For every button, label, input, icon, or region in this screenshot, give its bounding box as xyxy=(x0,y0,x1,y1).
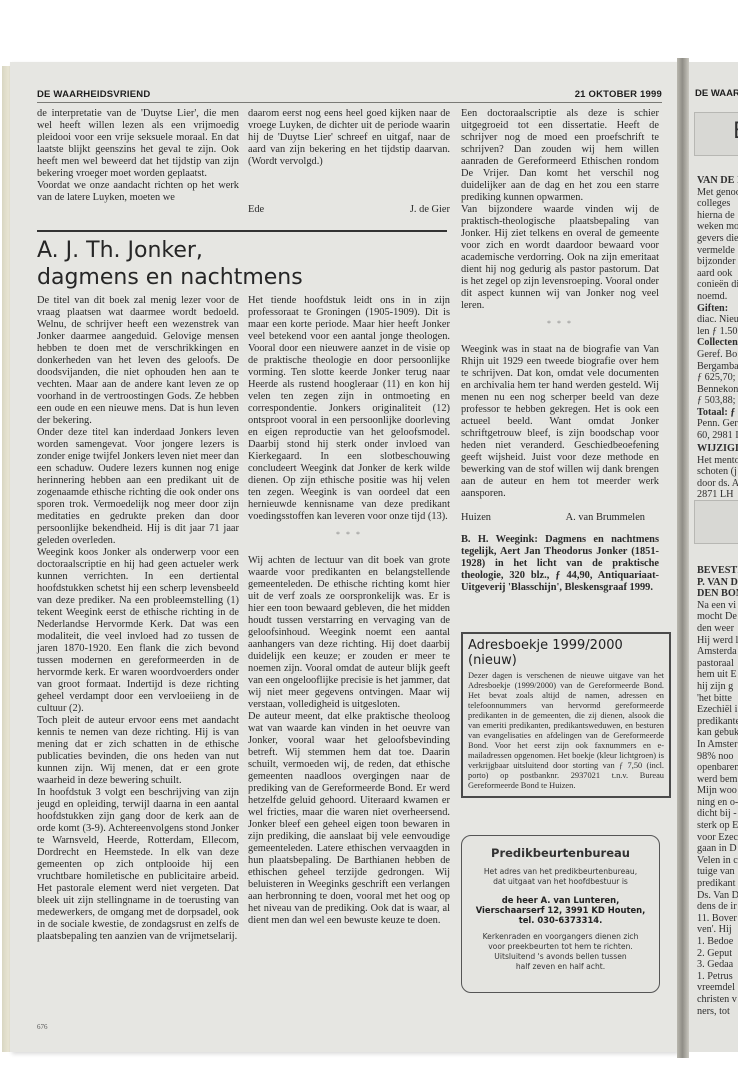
section-header-box: K xyxy=(694,500,738,544)
text-line: len ƒ 1.500 xyxy=(697,326,738,338)
text-line: noemd. xyxy=(697,291,738,303)
text-line: DEN BOM xyxy=(697,588,738,600)
text-line: WIJZIGI xyxy=(697,443,738,455)
text-line: hierna de xyxy=(697,210,738,222)
text-line: 98% noo xyxy=(697,751,738,763)
text-line: Bergamba xyxy=(697,361,738,373)
text-line: 1. Bedoe xyxy=(697,936,738,948)
next-page-text-block1: VAN DE IMet genoocollegeshierna deweken … xyxy=(697,175,738,442)
text-line: sterk op E xyxy=(697,820,738,832)
text-line: Hij werd l xyxy=(697,635,738,647)
text-line: ven'. Hij xyxy=(697,924,738,936)
text-line: vermelde xyxy=(697,245,738,257)
text-line: In Amster xyxy=(697,739,738,751)
notice-intro: Het adres van het predikbeurtenbureau, d… xyxy=(462,867,659,887)
section-rule xyxy=(37,230,447,232)
article-col3: Een doctoraalscriptie als deze is schier… xyxy=(461,108,659,594)
text-line: Met genoo xyxy=(697,187,738,199)
notice-title: Adresboekje 1999/2000 (nieuw) xyxy=(468,638,664,668)
book-reference: B. H. Weegink: Dagmens en nachtmens tege… xyxy=(461,534,659,594)
text-line: Geref. Bo xyxy=(697,349,738,361)
newspaper-page-right: DE WAAR Bo VAN DE IMet genoocollegeshier… xyxy=(689,62,738,1052)
paragraph: De auteur meent, dat elke praktische the… xyxy=(248,711,450,927)
text-line: Collecten: xyxy=(697,337,738,349)
page-number: 676 xyxy=(37,1023,48,1031)
paragraph: de interpretatie van de 'Duytse Lier', d… xyxy=(37,108,239,180)
text-line: weken mo xyxy=(697,221,738,233)
predikbeurtenbureau-notice: Predikbeurtenbureau Het adres van het pr… xyxy=(461,835,660,993)
text-line: 11. Bover xyxy=(697,913,738,925)
signature-place: Huizen xyxy=(461,512,491,524)
paragraph: Een doctoraalscriptie als deze is schier… xyxy=(461,108,659,204)
notice-instructions: Kerkenraden en voorgangers dienen zich v… xyxy=(462,932,659,972)
text-line: 1. Petrus xyxy=(697,971,738,983)
text-line: mocht De xyxy=(697,611,738,623)
text-line: 60, 2981 I xyxy=(697,430,738,442)
text-line: christen v xyxy=(697,994,738,1006)
previous-article-col1: de interpretatie van de 'Duytse Lier', d… xyxy=(37,108,239,204)
paragraph: Weegink koos Jonker als onderwerp voor e… xyxy=(37,547,239,715)
running-head: DE WAARHEIDSVRIEND 21 OKTOBER 1999 xyxy=(37,88,662,103)
text-line: 2. Geput xyxy=(697,948,738,960)
paragraph: Voordat we onze aandacht richten op het … xyxy=(37,180,239,204)
text-line: ners, tot xyxy=(697,1006,738,1018)
signature-place: Ede xyxy=(248,204,264,216)
paragraph: Van bijzondere waarde vinden wij de prak… xyxy=(461,204,659,312)
notice-title: Predikbeurtenbureau xyxy=(462,846,659,860)
adresboekje-notice: Adresboekje 1999/2000 (nieuw) Dezer dage… xyxy=(461,632,671,798)
previous-article-col2: daarom eerst nog eens heel goed kijken n… xyxy=(248,108,450,216)
text-line: 3. Gedaa xyxy=(697,959,738,971)
paragraph: Onder deze titel kan inderdaad Jonkers l… xyxy=(37,427,239,547)
issue-date: 21 OKTOBER 1999 xyxy=(575,89,662,100)
text-line: schoten (j xyxy=(697,466,738,478)
text-line: conieën di xyxy=(697,279,738,291)
paragraph: Het tiende hoofdstuk leidt ons in in zij… xyxy=(248,295,450,523)
text-line: half zeven en half acht. xyxy=(516,962,605,971)
text-line: Mijn woo xyxy=(697,785,738,797)
paragraph: De titel van dit boek zal menig lezer vo… xyxy=(37,295,239,427)
text-line: predikante xyxy=(697,716,738,728)
paragraph: In hoofdstuk 3 volgt een beschrijving va… xyxy=(37,787,239,943)
section-header-box: Bo xyxy=(694,112,738,156)
paragraph: Weegink was in staat na de biografie van… xyxy=(461,344,659,500)
text-line: colleges xyxy=(697,198,738,210)
signature: Ede J. de Gier xyxy=(248,204,450,216)
text-line: Giften: xyxy=(697,303,738,315)
paragraph: daarom eerst nog eens heel goed kijken n… xyxy=(248,108,450,168)
text-line: vreemdel xyxy=(697,982,738,994)
text-line: pastoraal xyxy=(697,658,738,670)
headline-line1: A. J. Th. Jonker, xyxy=(37,238,203,263)
text-line: diac. Nieu xyxy=(697,314,738,326)
text-line: openbaren xyxy=(697,762,738,774)
text-line: voor preekbeurten tot hem te richten. xyxy=(488,942,633,951)
paragraph: Toch pleit de auteur ervoor eens met aan… xyxy=(37,715,239,787)
text-line: tuige van xyxy=(697,866,738,878)
article-col2: Het tiende hoofdstuk leidt ons in in zij… xyxy=(248,295,450,927)
text-line: door ds. A xyxy=(697,478,738,490)
text-line: gaan in D xyxy=(697,843,738,855)
text-line: hij zijn g xyxy=(697,681,738,693)
text-line: Ds. Van D xyxy=(697,890,738,902)
text-line: BEVESTI xyxy=(697,565,738,577)
publication-name: DE WAARHEIDSVRIEND xyxy=(37,89,150,100)
text-line: Amsterda xyxy=(697,646,738,658)
text-line: gevers die xyxy=(697,233,738,245)
next-page-text-block3: BEVESTIP. VAN DIDEN BOMNa een vimocht De… xyxy=(697,565,738,1017)
article-col1: De titel van dit boek zal menig lezer vo… xyxy=(37,295,239,943)
text-line: Na een vi xyxy=(697,600,738,612)
text-line: ƒ 503,88; xyxy=(697,395,738,407)
text-line: bijzonder xyxy=(697,256,738,268)
text-line: VAN DE I xyxy=(697,175,738,187)
next-page-text-block2: WIJZIGIHet mentoschoten (jdoor ds. A2871… xyxy=(697,443,738,501)
signature: Huizen A. van Brummelen xyxy=(461,512,659,524)
text-line: Velen in c xyxy=(697,855,738,867)
signature-author: A. van Brummelen xyxy=(566,512,645,524)
text-line: Bennekon xyxy=(697,384,738,396)
text-line: ning en o- xyxy=(697,797,738,809)
text-line: hem uit E xyxy=(697,669,738,681)
text-line: Ezechiël i xyxy=(697,704,738,716)
text-line: predikant xyxy=(697,878,738,890)
signature-author: J. de Gier xyxy=(410,204,450,216)
contact-name: de heer A. van Lunteren, xyxy=(502,895,620,905)
text-line: Het mento xyxy=(697,455,738,467)
section-separator: * * * xyxy=(248,529,450,541)
text-line: Uitsluitend 's avonds bellen tussen xyxy=(494,952,626,961)
text-line: den weer xyxy=(697,623,738,635)
contact-street: Vierschaarserf 12, 3991 KD Houten, xyxy=(476,905,646,915)
text-line: Penn. Ger xyxy=(697,418,738,430)
page-gutter xyxy=(677,58,689,1058)
text-line: Totaal: ƒ xyxy=(697,407,738,419)
publication-name: DE WAAR xyxy=(695,88,738,99)
text-line: dens de ir xyxy=(697,901,738,913)
contact-address: de heer A. van Lunteren, Vierschaarserf … xyxy=(462,895,659,925)
article-headline: A. J. Th. Jonker, dagmens en nachtmens xyxy=(37,237,452,291)
notice-body: Dezer dagen is verschenen de nieuwe uitg… xyxy=(468,671,664,791)
section-header-letter: Bo xyxy=(733,119,738,144)
section-separator: * * * xyxy=(461,318,659,330)
contact-phone: tel. 030-6373314. xyxy=(519,915,603,925)
headline-line2: dagmens en nachtmens xyxy=(37,265,303,290)
paragraph: Wij achten de lectuur van dit boek van g… xyxy=(248,555,450,711)
text-line: kan gebuk xyxy=(697,727,738,739)
text-line: 'het bitte xyxy=(697,693,738,705)
text-line: werd bem xyxy=(697,774,738,786)
text-line: P. VAN DI xyxy=(697,577,738,589)
text-line: ƒ 625,70; xyxy=(697,372,738,384)
text-line: dat uitgaat van het hoofdbestuur is xyxy=(493,877,628,886)
text-line: dicht bij - xyxy=(697,808,738,820)
text-line: aard ook xyxy=(697,268,738,280)
text-line: Kerkenraden en voorgangers dienen zich xyxy=(483,932,639,941)
text-line: voor Ezec xyxy=(697,832,738,844)
text-line: Het adres van het predikbeurtenbureau, xyxy=(484,867,637,876)
